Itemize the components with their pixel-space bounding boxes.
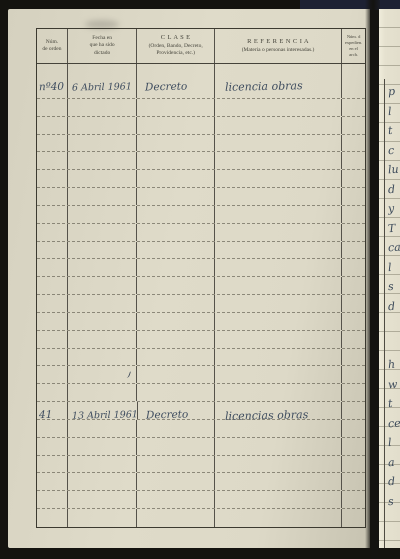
cell-referencia <box>215 456 342 473</box>
cell-referencia <box>215 491 342 508</box>
cell-exp <box>342 509 365 527</box>
table-row <box>37 349 365 367</box>
cell-exp <box>342 402 365 419</box>
cell-referencia <box>215 99 342 116</box>
cell-num <box>37 456 68 473</box>
cell-clase <box>137 491 215 508</box>
cell-fecha <box>68 99 138 116</box>
cell-fecha <box>68 349 138 366</box>
cell-referencia <box>215 170 342 187</box>
cell-clase <box>137 188 215 205</box>
cell-num <box>37 473 68 490</box>
header-clase: C L A S E (Orden, Bando, Decreto, Provid… <box>137 29 215 63</box>
table-row <box>37 152 365 170</box>
cell-num <box>37 117 68 134</box>
table-row <box>37 313 365 331</box>
cell-clase <box>137 456 215 473</box>
cell-referencia <box>215 152 342 169</box>
cell-exp <box>342 420 365 437</box>
handwriting-fragment: s <box>388 280 395 293</box>
cell-referencia <box>215 242 342 259</box>
handwritten-num: nº40 <box>39 81 64 92</box>
cell-clase <box>137 152 215 169</box>
cell-fecha <box>68 420 138 437</box>
cell-num <box>37 242 68 259</box>
handwritten-referencia: licencia obras <box>225 80 303 93</box>
cell-referencia <box>215 295 342 312</box>
header-line: (Materia o personas interesadas.) <box>242 47 315 54</box>
cell-clase <box>137 366 215 383</box>
handwritten-clase: Decreto <box>146 410 189 421</box>
cell-num <box>37 438 68 455</box>
cell-exp <box>342 224 365 241</box>
table-header: Núm. de orden Fecha en que ha sido dicta… <box>37 29 365 64</box>
cell-fecha <box>68 473 138 490</box>
cell-exp <box>342 295 365 312</box>
cell-num <box>37 366 68 383</box>
cell-exp <box>342 277 365 294</box>
handwriting-fragment: d <box>388 182 396 195</box>
header-line: que ha sido <box>90 42 115 49</box>
cell-referencia: licencia obras <box>215 64 342 98</box>
table-row <box>37 438 365 456</box>
table-row <box>37 188 365 206</box>
cell-exp <box>342 64 365 98</box>
handwriting-fragment: d <box>388 299 396 312</box>
table-row <box>37 135 365 153</box>
register-right-page: pltcludyTcalsdhwtcelads <box>379 9 400 548</box>
cell-referencia <box>215 117 342 134</box>
cell-referencia <box>215 188 342 205</box>
cell-clase <box>137 313 215 330</box>
header-num-orden: Núm. de orden <box>37 29 68 63</box>
cell-fecha <box>68 313 138 330</box>
cell-exp <box>342 313 365 330</box>
scanned-register-page: Núm. de orden Fecha en que ha sido dicta… <box>0 0 400 559</box>
table-row <box>37 509 365 527</box>
table-row <box>37 277 365 295</box>
handwriting-fragment: l <box>388 436 392 449</box>
table-row <box>37 242 365 260</box>
cell-exp <box>342 491 365 508</box>
cell-referencia <box>215 509 342 527</box>
cell-num <box>37 259 68 276</box>
cell-num <box>37 224 68 241</box>
cell-num <box>37 509 68 527</box>
cell-num <box>37 135 68 152</box>
handwriting-fragment: T <box>388 221 396 234</box>
handwriting-fragment: lu <box>388 163 399 177</box>
cell-fecha <box>68 456 138 473</box>
header-line: de orden <box>42 46 61 53</box>
cell-exp <box>342 384 365 401</box>
cell-exp <box>342 170 365 187</box>
handwriting-fragment: t <box>388 397 393 410</box>
cell-fecha <box>68 170 138 187</box>
cell-referencia <box>215 366 342 383</box>
handwriting-fragment: c <box>388 143 395 156</box>
header-line: R E F E R E N C I A <box>247 38 309 47</box>
cell-fecha <box>68 152 138 169</box>
cell-exp <box>342 366 365 383</box>
table-row <box>37 295 365 313</box>
handwriting-fragment: l <box>388 260 392 273</box>
cell-referencia <box>215 259 342 276</box>
header-num-expediente: Núm. d expedien. en el arch. <box>342 29 365 63</box>
cell-clase <box>137 242 215 259</box>
cell-num <box>37 313 68 330</box>
cell-clase <box>137 117 215 134</box>
cell-fecha <box>68 295 138 312</box>
handwriting-fragment: s <box>388 494 395 507</box>
cell-fecha: 6 Abril 1961 <box>68 64 138 98</box>
handwritten-fecha: 13 Abril 1961 <box>72 411 138 422</box>
handwriting-fragment: h <box>388 358 396 371</box>
cell-num <box>37 384 68 401</box>
table-row: nº406 Abril 1961Decretolicencia obras <box>37 64 365 99</box>
cell-exp <box>342 473 365 490</box>
header-line: C L A S E <box>161 34 191 43</box>
handwriting-fragment: ce <box>388 416 400 430</box>
cell-referencia <box>215 277 342 294</box>
handwriting-fragment: a <box>388 455 395 468</box>
cell-exp <box>342 135 365 152</box>
header-referencia: R E F E R E N C I A (Materia o personas … <box>215 29 342 63</box>
cell-exp <box>342 117 365 134</box>
handwriting-fragment: y <box>388 202 395 215</box>
cell-exp <box>342 152 365 169</box>
cell-fecha <box>68 491 138 508</box>
cell-num <box>37 349 68 366</box>
cell-exp <box>342 242 365 259</box>
handwriting-fragment: p <box>388 85 396 98</box>
cell-clase <box>137 438 215 455</box>
cell-num <box>37 420 68 437</box>
cell-clase <box>137 331 215 348</box>
cell-clase <box>137 509 215 527</box>
cell-clase <box>137 206 215 223</box>
cell-clase: Decreto <box>138 402 215 419</box>
cell-clase <box>137 277 215 294</box>
cell-fecha <box>68 438 138 455</box>
header-line: Fecha en <box>92 35 112 42</box>
cell-referencia <box>215 313 342 330</box>
handwriting-fragment: t <box>388 124 393 137</box>
cell-clase <box>137 170 215 187</box>
cell-referencia <box>215 224 342 241</box>
cell-fecha <box>68 224 138 241</box>
cell-fecha <box>68 509 138 527</box>
cell-clase <box>137 224 215 241</box>
header-line: Providencia, etc.) <box>156 50 195 57</box>
table-row <box>37 456 365 474</box>
cell-clase <box>137 259 215 276</box>
cell-referencia <box>215 349 342 366</box>
cell-clase <box>137 420 215 437</box>
cell-num <box>37 331 68 348</box>
cell-referencia <box>215 331 342 348</box>
cell-fecha <box>68 331 138 348</box>
handwritten-clase: Decreto <box>145 81 188 92</box>
cell-fecha <box>68 277 138 294</box>
header-line: Núm. <box>46 39 58 46</box>
cell-fecha <box>68 259 138 276</box>
cell-exp <box>342 438 365 455</box>
cell-clase <box>137 135 215 152</box>
handwriting-fragment: ca <box>388 241 400 255</box>
table-row <box>37 384 365 402</box>
handwriting-fragment: l <box>388 104 392 117</box>
table-row: 4113 Abril 1961Decretolicencias obras <box>37 402 365 420</box>
cell-clase <box>137 295 215 312</box>
cell-fecha <box>68 242 138 259</box>
cell-clase <box>137 349 215 366</box>
cell-exp <box>342 259 365 276</box>
cell-exp <box>342 456 365 473</box>
handwriting-fragment: d <box>388 475 396 488</box>
cell-num <box>37 206 68 223</box>
cell-referencia <box>215 384 342 401</box>
cell-clase <box>137 99 215 116</box>
cell-fecha <box>68 117 138 134</box>
table-row <box>37 491 365 509</box>
table-row <box>37 420 365 438</box>
header-fecha: Fecha en que ha sido dictado <box>68 29 138 63</box>
cell-exp <box>342 206 365 223</box>
cell-fecha <box>68 188 138 205</box>
handwritten-fecha: 6 Abril 1961 <box>72 82 132 93</box>
cell-num <box>37 491 68 508</box>
cell-num: nº40 <box>37 64 68 98</box>
table-body: nº406 Abril 1961Decretolicencia obras411… <box>37 64 365 527</box>
table-row <box>37 259 365 277</box>
handwritten-referencia: licencias obras <box>225 409 309 422</box>
cell-exp <box>342 331 365 348</box>
table-row <box>37 224 365 242</box>
cell-num <box>37 277 68 294</box>
header-line: dictado <box>94 50 110 57</box>
table-row <box>37 170 365 188</box>
handwriting-fragment: w <box>388 377 398 391</box>
cell-exp <box>342 99 365 116</box>
cell-exp <box>342 349 365 366</box>
cell-referencia <box>215 135 342 152</box>
cell-fecha <box>68 135 138 152</box>
cell-referencia <box>215 473 342 490</box>
cell-clase <box>137 473 215 490</box>
register-table: Núm. de orden Fecha en que ha sido dicta… <box>36 28 366 528</box>
cell-num <box>37 99 68 116</box>
header-line: arch. <box>349 52 358 58</box>
cell-exp <box>342 188 365 205</box>
table-row <box>37 331 365 349</box>
cell-fecha: 13 Abril 1961 <box>68 402 138 419</box>
table-row <box>37 117 365 135</box>
cell-num: 41 <box>37 402 68 419</box>
table-row <box>37 206 365 224</box>
cell-num <box>37 295 68 312</box>
register-left-page: Núm. de orden Fecha en que ha sido dicta… <box>8 9 370 548</box>
cell-referencia: licencias obras <box>215 402 342 419</box>
right-page-rule-line <box>384 79 385 548</box>
table-row <box>37 366 365 384</box>
cell-fecha <box>68 206 138 223</box>
cell-fecha <box>68 384 138 401</box>
table-row <box>37 473 365 491</box>
handwritten-num: 41 <box>39 410 53 421</box>
cell-referencia <box>215 438 342 455</box>
cell-referencia <box>215 206 342 223</box>
cell-num <box>37 170 68 187</box>
cell-num <box>37 152 68 169</box>
cell-num <box>37 188 68 205</box>
book-gutter <box>365 0 380 559</box>
table-row <box>37 99 365 117</box>
cell-clase <box>137 384 215 401</box>
cell-clase: Decreto <box>137 64 215 98</box>
